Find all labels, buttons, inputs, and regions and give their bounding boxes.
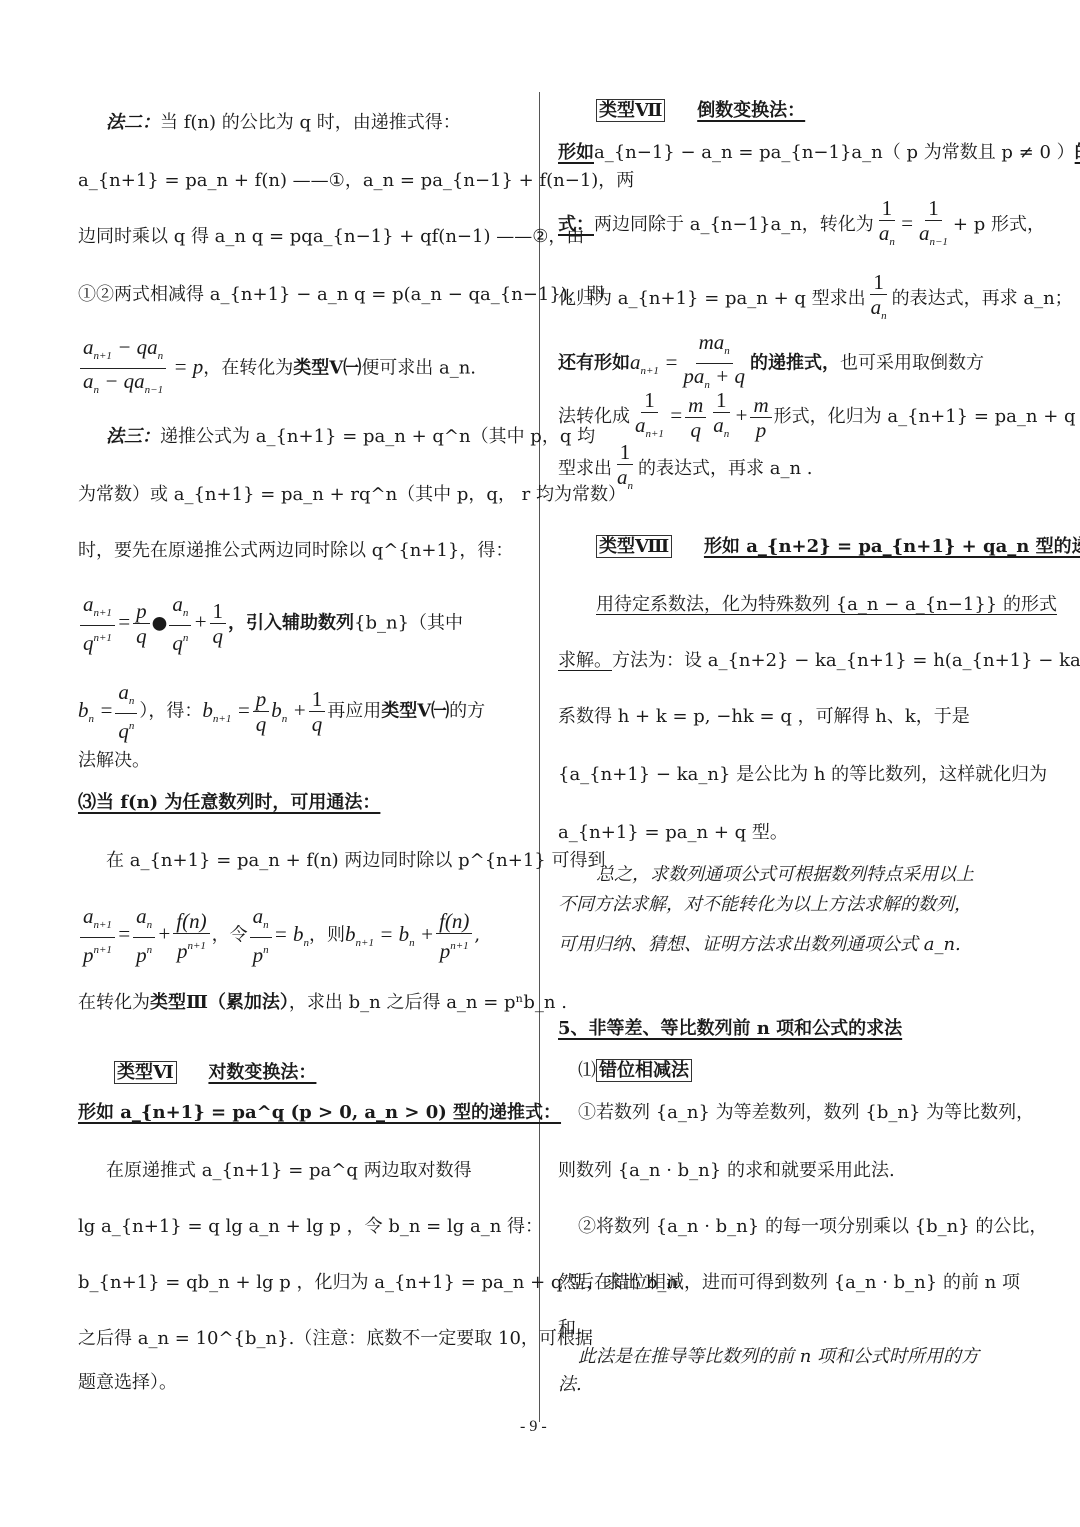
- type-6-l4: 之后得 a_n = 10^{b_n}.（注意：底数不一定要取 10，可根据: [78, 1326, 593, 1352]
- section-5-p2-l1: ②将数列 {a_n · b_n} 的每一项分别乘以 {b_n} 的公比，: [578, 1214, 1047, 1240]
- method-two-eq-2: 边同时乘以 q 得 a_n q = pqa_{n−1} + qf(n−1) ——…: [78, 224, 584, 250]
- method-two-intro: 法二：当 f(n) 的公比为 q 时，由递推式得：: [106, 110, 461, 136]
- type-8-label: 类型Ⅷ: [596, 535, 672, 558]
- page-number: - 9 -: [520, 1418, 547, 1436]
- type-6-label: 类型Ⅵ: [114, 1061, 177, 1084]
- section-5-p1-l1: ①若数列 {a_n} 为等差数列，数列 {b_n} 为等比数列，: [578, 1100, 1034, 1126]
- section-5-note-l2: 法.: [558, 1372, 582, 1398]
- summary-l1: 总之，求数列通项公式可根据数列特点采用以上: [596, 862, 974, 888]
- method-three-l2: 为常数）或 a_{n+1} = pa_n + rq^n（其中 p，q， r 均为…: [78, 482, 626, 508]
- method-three-end: 法解决。: [78, 748, 150, 774]
- type-6-l2: lg a_{n+1} = q lg a_n + lg p ，令 b_n = lg…: [78, 1214, 543, 1240]
- type-7-l6: 型求出1an的表达式，再求 a_n .: [558, 440, 813, 498]
- type-6-heading: 类型Ⅵ 对数变换法：: [114, 1060, 316, 1086]
- summary-l2: 不同方法求解，对不能转化为以上方法求解的数列，: [558, 892, 972, 918]
- fraction: an+1 − qanan − qan−1: [80, 335, 166, 402]
- type-7-label: 类型Ⅶ: [596, 99, 665, 122]
- type-6-l5: 题意选择）。: [78, 1370, 177, 1396]
- type-8-l2: 求解。方法为：设 a_{n+2} − ka_{n+1} = h(a_{n+1} …: [558, 648, 1080, 674]
- type-8-l4: {a_{n+1} − ka_n} 是公比为 h 的等比数列，这样就化归为: [558, 762, 1047, 788]
- method-two-eq-4: an+1 − qanan − qan−1 = p，在转化为类型Ⅴ㈠便可求出 a_…: [78, 335, 476, 402]
- type-7-title: 倒数变换法：: [697, 100, 805, 121]
- type-8-title: 形如 a_{n+2} = pa_{n+1} + qa_n 型的递推式：: [704, 536, 1080, 557]
- type-7-l4: 还有形如an+1 =manpan + q的递推式，也可采用取倒数方: [558, 330, 984, 397]
- type-8-l3: 系数得 h + k = p, −hk = q ，可解得 h、k，于是: [558, 704, 970, 730]
- method-two-eq-1: a_{n+1} = pa_n + f(n) ——①，a_n = pa_{n−1}…: [78, 168, 634, 194]
- method-three-l3: 时，要先在原递推公式两边同时除以 q^{n+1}，得：: [78, 538, 513, 564]
- type-7-l1: 形如a_{n−1} − a_n = pa_{n−1}a_n（ p 为常数且 p …: [558, 140, 1080, 166]
- method-three-bn: bn =anqn），得：bn+1 =pqbn +1q再应用类型Ⅴ㈠的方: [78, 680, 485, 743]
- method-three-intro: 法三：递推公式为 a_{n+1} = pa_n + q^n（其中 p，q 均: [106, 424, 595, 450]
- section-3-eq: an+1pn+1=anpn+f(n)pn+1，令anpn= bn，则bn+1 =…: [78, 904, 480, 967]
- method-two-eq-3: ①②两式相减得 a_{n+1} − a_n q = p(a_n − qa_{n−…: [78, 282, 604, 308]
- section-5-p2-l3: 和.: [558, 1316, 582, 1342]
- type-6-title: 对数变换法：: [208, 1062, 316, 1083]
- type-7-l5: 法转化成1an+1=mq1an+mp形式，化归为 a_{n+1} = pa_n …: [558, 388, 1076, 446]
- type-8-heading: 类型Ⅷ 形如 a_{n+2} = pa_{n+1} + qa_n 型的递推式：: [596, 534, 1080, 560]
- section-5-heading: 5、非等差、等比数列前 n 项和公式的求法: [558, 1016, 902, 1042]
- summary-l3: 可用归纳、猜想、证明方法求出数列通项公式 a_n.: [558, 932, 961, 958]
- type-7-heading: 类型Ⅶ 倒数变换法：: [596, 98, 805, 124]
- section-5-note-l1: 此法是在推导等比数列的前 n 项和公式时所用的方: [578, 1344, 979, 1370]
- type-6-l1: 在原递推式 a_{n+1} = pa^q 两边取对数得: [106, 1158, 472, 1184]
- type-7-l3: 化归为 a_{n+1} = pa_n + q 型求出1an的表达式，再求 a_n…: [558, 270, 1073, 328]
- section-3-heading: ⑶当 f(n) 为任意数列时，可用通法：: [78, 790, 380, 816]
- section-5-p1-l2: 则数列 {a_n · b_n} 的求和就要采用此法.: [558, 1158, 895, 1184]
- section-5-1-heading: ⑴错位相减法: [578, 1058, 692, 1084]
- type-8-l1: 用待定系数法，化为特殊数列 {a_n − a_{n−1}} 的形式: [596, 592, 1057, 618]
- type-6-form: 形如 a_{n+1} = pa^q (p > 0, a_n > 0) 型的递推式…: [78, 1100, 561, 1126]
- type-7-l2: 式：两边同除于 a_{n−1}a_n，转化为1an=1an−1+ p 形式，: [558, 196, 1045, 254]
- section-5-p2-l2: 然后在错位相减，进而可得到数列 {a_n · b_n} 的前 n 项: [558, 1270, 1020, 1296]
- method-three-eq: an+1qn+1=pq●anqn+1q，引入辅助数列{b_n}（其中: [78, 592, 463, 655]
- section-3-l3: 在转化为类型Ⅲ（累加法），求出 b_n 之后得 a_n = pⁿb_n .: [78, 990, 567, 1016]
- type-8-l5: a_{n+1} = pa_n + q 型。: [558, 820, 788, 846]
- section-3-l1: 在 a_{n+1} = pa_n + f(n) 两边同时除以 p^{n+1} 可…: [106, 848, 605, 874]
- misaligned-subtraction-label: 错位相减法: [596, 1059, 692, 1082]
